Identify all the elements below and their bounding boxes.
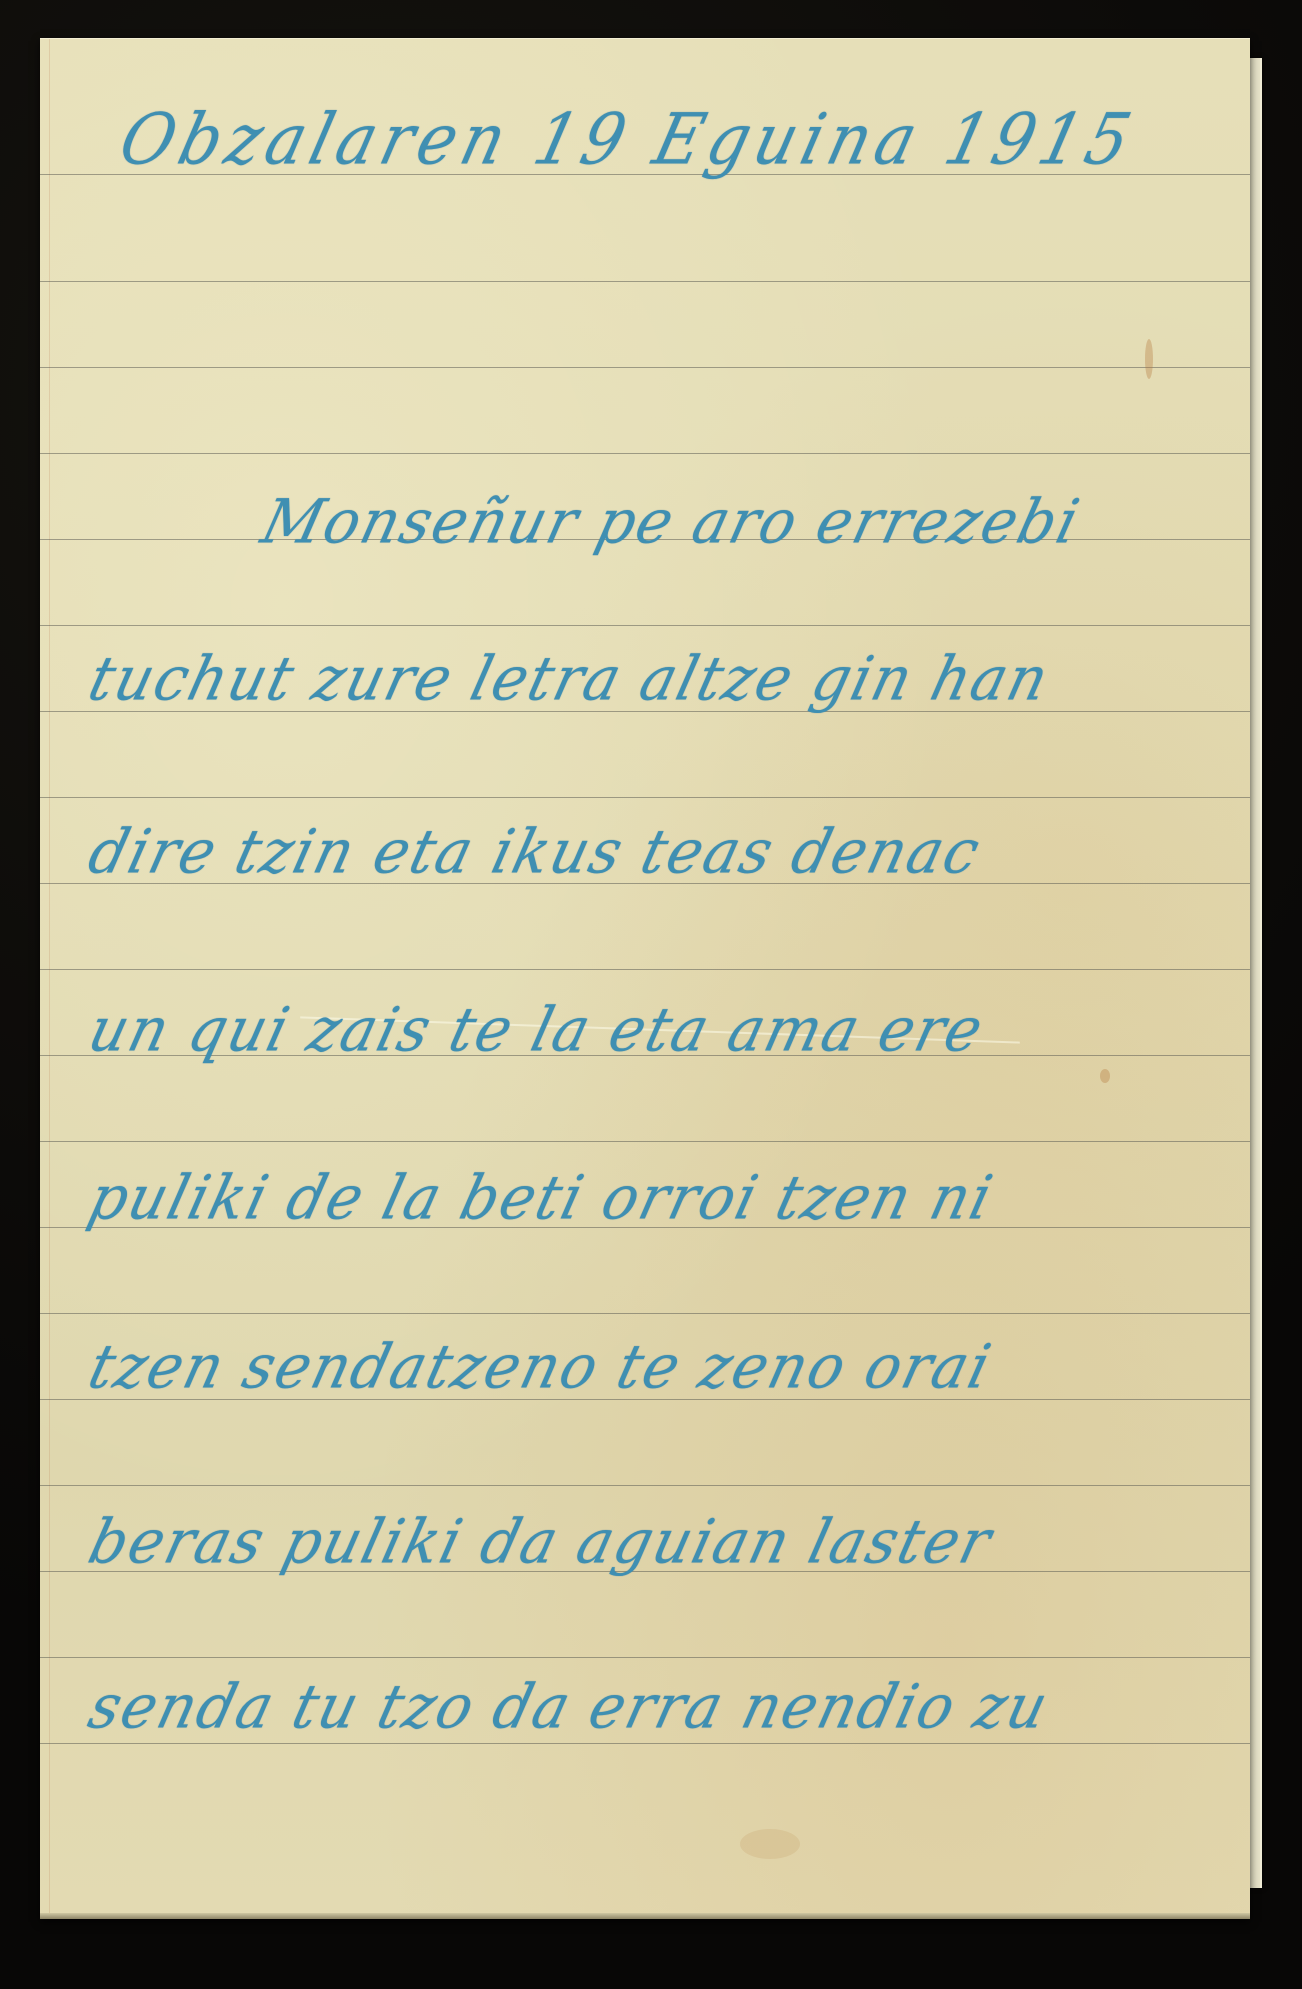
margin-line xyxy=(49,39,50,1919)
ruled-line xyxy=(40,453,1250,454)
ruled-line xyxy=(40,1141,1250,1142)
letter-line-7: beras puliki da aguian laster xyxy=(82,1506,1000,1577)
ruled-line xyxy=(40,1743,1250,1744)
letter-line-6: tzen sendatzeno te zeno orai xyxy=(82,1331,999,1402)
ruled-line xyxy=(40,625,1250,626)
letter-page: Obzalaren 19 Eguina 1915 Monseñur pe aro… xyxy=(40,38,1250,1919)
letter-line-5: puliki de la beti orroi tzen ni xyxy=(82,1162,1001,1233)
letter-line-4: un qui zais te la eta ama ere xyxy=(82,994,992,1065)
paper-stain xyxy=(1100,1069,1110,1083)
ruled-line xyxy=(40,1657,1250,1658)
letter-line-2: tuchut zure letra altze gin han xyxy=(82,643,1057,714)
letter-line-1: Monseñur pe aro errezebi xyxy=(255,486,1088,557)
ruled-line xyxy=(40,797,1250,798)
ruled-line xyxy=(40,1485,1250,1486)
paper-stain xyxy=(740,1829,800,1859)
ruled-line xyxy=(40,1313,1250,1314)
paper-stain xyxy=(1145,339,1153,379)
letter-line-8: senda tu tzo da erra nendio zu xyxy=(82,1671,1057,1742)
letter-line-3: dire tzin eta ikus teas denac xyxy=(82,816,988,887)
letter-dateline: Obzalaren 19 Eguina 1915 xyxy=(112,100,1144,181)
ruled-line xyxy=(40,367,1250,368)
page-bottom-edge xyxy=(40,1913,1250,1919)
ruled-line xyxy=(40,969,1250,970)
ruled-line xyxy=(40,281,1250,282)
